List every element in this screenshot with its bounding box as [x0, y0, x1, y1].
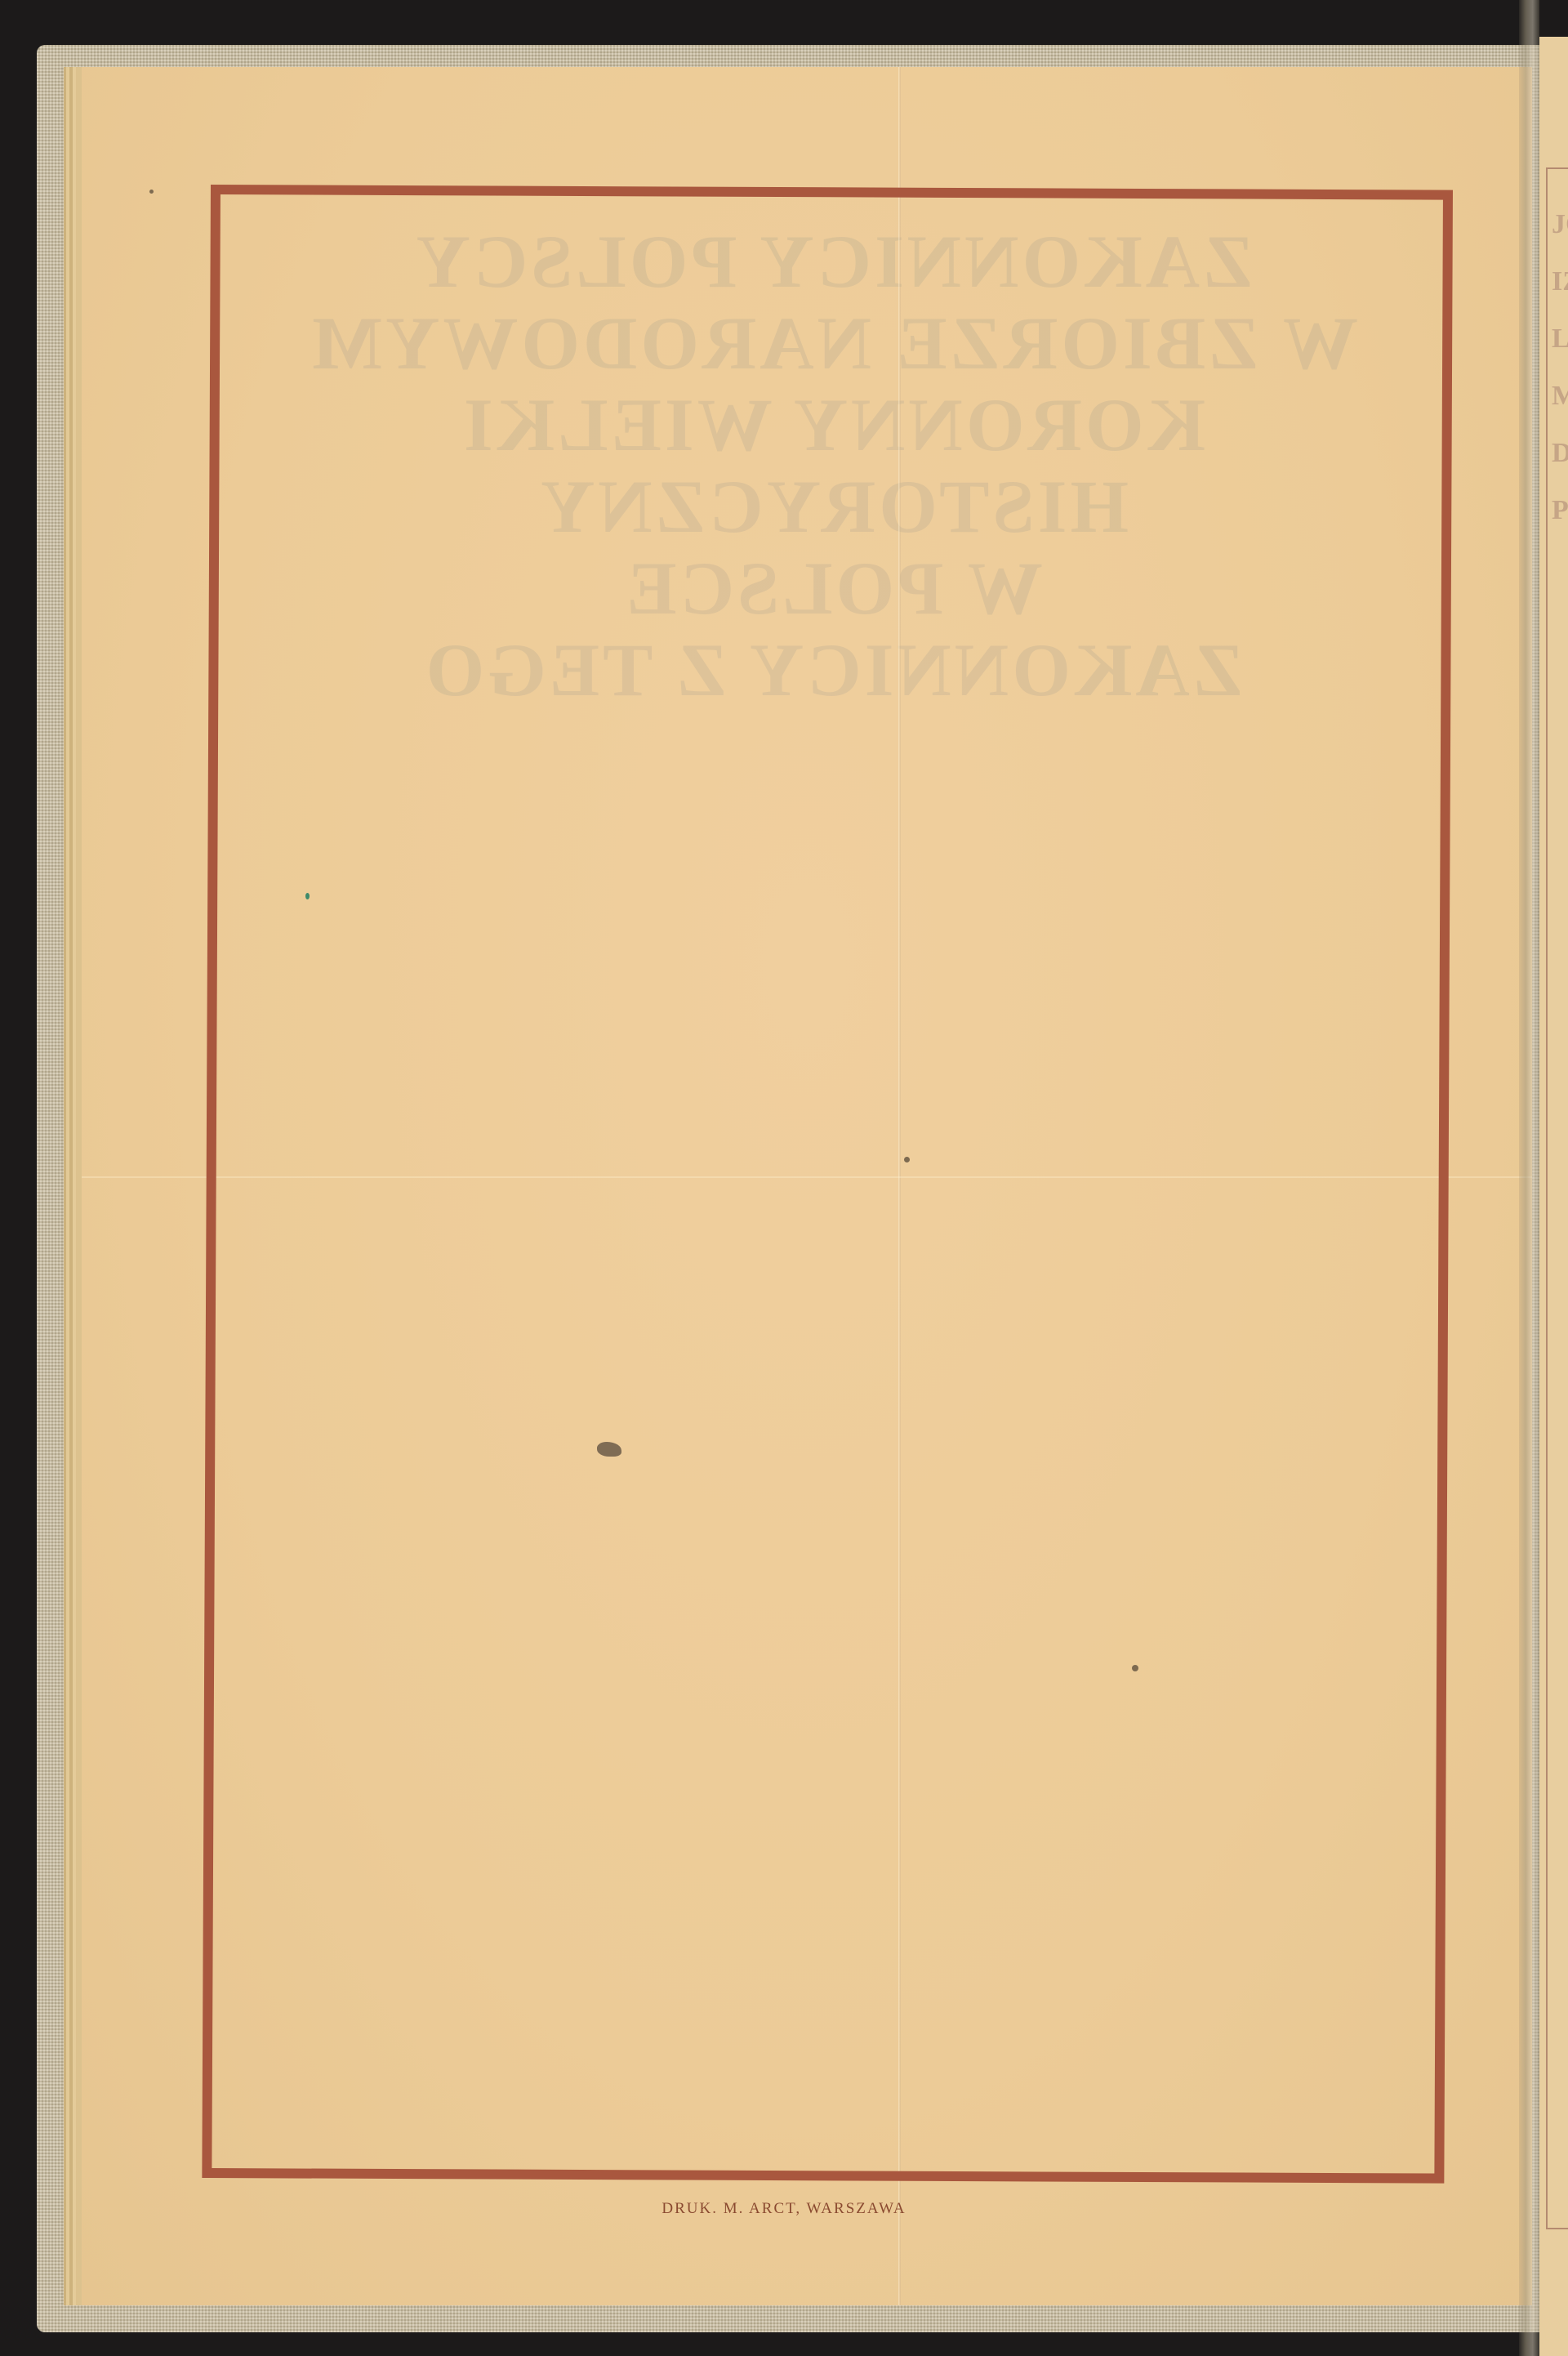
fragment: M — [1552, 368, 1568, 425]
next-page-text-fragments: JC IZ LO M D P — [1552, 196, 1568, 539]
gutter-spine — [1519, 0, 1539, 2356]
paper-spot — [305, 893, 310, 899]
printer-imprint: DRUK. M. ARCT, WARSZAWA — [0, 2200, 1568, 2218]
fragment: LO — [1552, 310, 1568, 368]
paper-spot — [1132, 1665, 1138, 1671]
ink-stain — [597, 1442, 621, 1457]
paper-spot — [904, 1157, 910, 1162]
fragment: P — [1552, 482, 1568, 539]
fragment: JC — [1552, 196, 1568, 253]
paper-spot — [149, 190, 154, 194]
decorative-border-frame — [202, 185, 1453, 2184]
fragment: IZ — [1552, 253, 1568, 310]
fragment: D — [1552, 425, 1568, 482]
